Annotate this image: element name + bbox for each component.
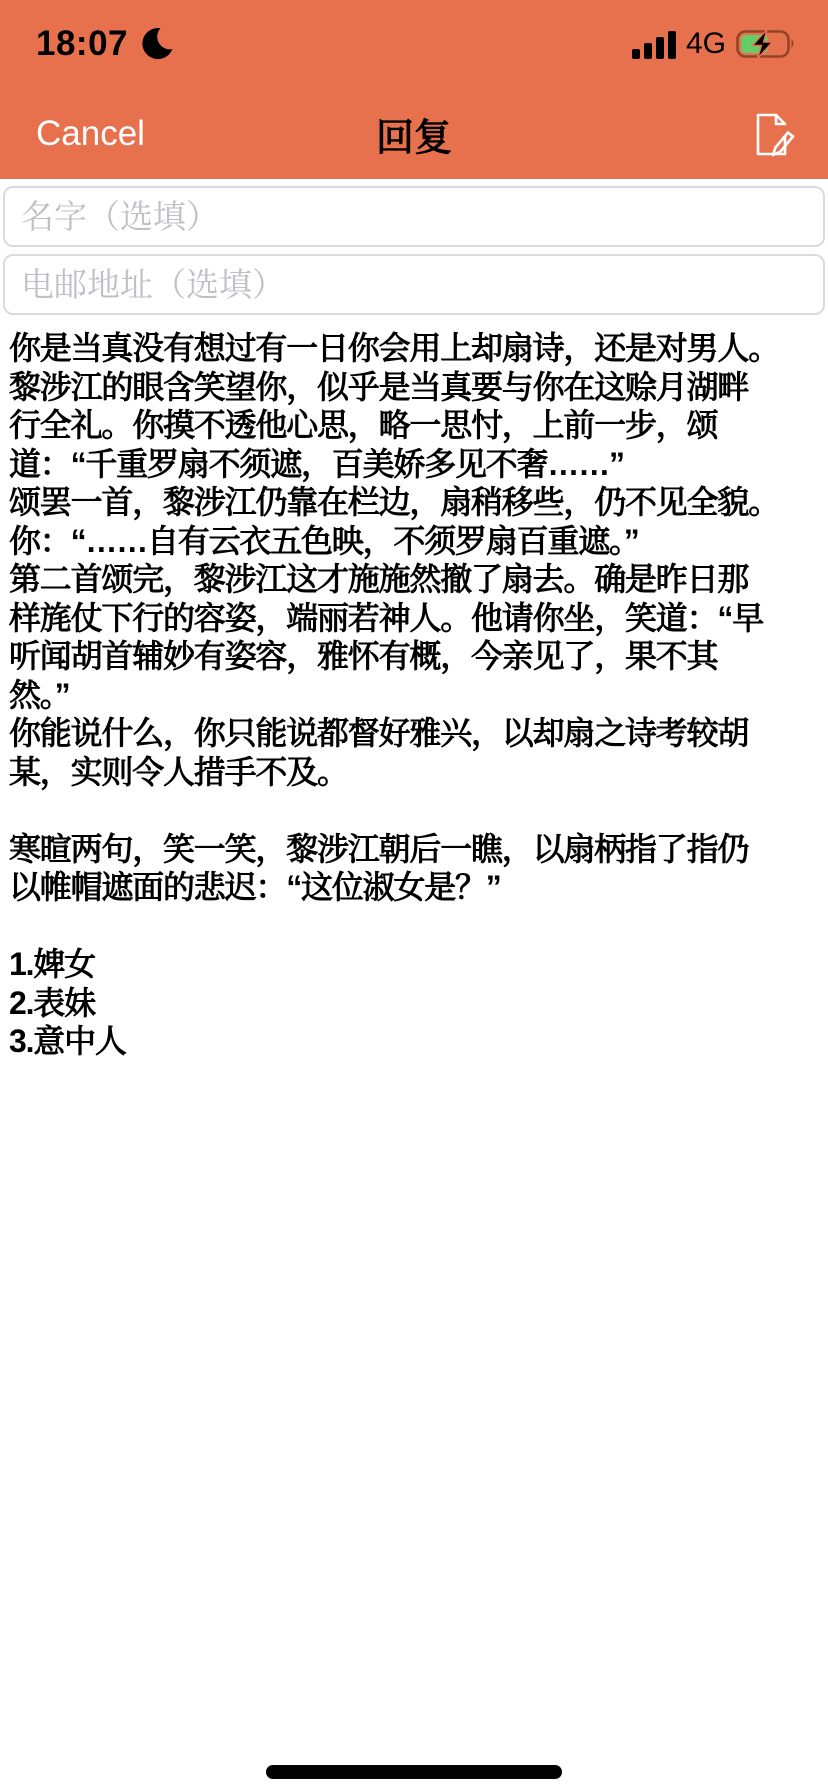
status-left: 18:07 [36,24,174,64]
email-input[interactable] [3,254,825,315]
battery-charging-icon [736,29,798,59]
header-bar: 18:07 4G [0,0,828,179]
do-not-disturb-moon-icon [138,26,174,62]
name-input[interactable] [3,186,825,247]
cellular-signal-icon [632,29,676,59]
navigation-bar: Cancel 回复 [0,88,828,179]
post-line: 第二首颂完，黎涉江这才施施然撤了扇去。确是昨日那 [9,560,822,599]
compose-post-button[interactable] [749,110,795,158]
post-line: 以帷帽遮面的悲迟：“这位淑女是？” [9,868,822,907]
post-line-blank [9,791,822,830]
status-right: 4G [632,27,798,61]
choice-option-3: 3.意中人 [9,1022,822,1061]
choice-option-2: 2.表妹 [9,984,822,1023]
compose-icon [749,146,795,161]
quoted-post-body: 你是当真没有想过有一日你会用上却扇诗，还是对男人。 黎涉江的眼含笑望你，似乎是当… [9,329,822,1061]
post-line: 道：“千重罗扇不须遮，百美娇多见不奢……” [9,445,822,484]
page-title: 回复 [0,106,828,161]
network-type-label: 4G [686,27,726,61]
post-line: 你能说什么，你只能说都督好雅兴，以却扇之诗考较胡 [9,714,822,753]
post-line: 然。” [9,676,822,715]
post-line-blank [9,907,822,946]
clock-time: 18:07 [36,24,128,64]
home-indicator[interactable] [266,1765,562,1779]
post-line: 颂罢一首，黎涉江仍靠在栏边，扇稍移些，仍不见全貌。 [9,483,822,522]
post-line: 某，实则令人措手不及。 [9,753,822,792]
post-line: 听闻胡首辅妙有姿容，雅怀有概，今亲见了，果不其 [9,637,822,676]
post-line: 黎涉江的眼含笑望你，似乎是当真要与你在这赊月湖畔 [9,368,822,407]
reply-form [3,186,825,322]
choice-option-1: 1.婢女 [9,945,822,984]
post-line: 行全礼。你摸不透他心思，略一思忖，上前一步，颂 [9,406,822,445]
post-line: 样旄仗下行的容姿，端丽若神人。他请你坐，笑道：“早 [9,599,822,638]
status-bar: 18:07 4G [0,16,828,72]
post-line: 寒暄两句，笑一笑，黎涉江朝后一瞧，以扇柄指了指仍 [9,830,822,869]
post-line: 你：“……自有云衣五色映，不须罗扇百重遮。” [9,522,822,561]
post-line: 你是当真没有想过有一日你会用上却扇诗，还是对男人。 [9,329,822,368]
